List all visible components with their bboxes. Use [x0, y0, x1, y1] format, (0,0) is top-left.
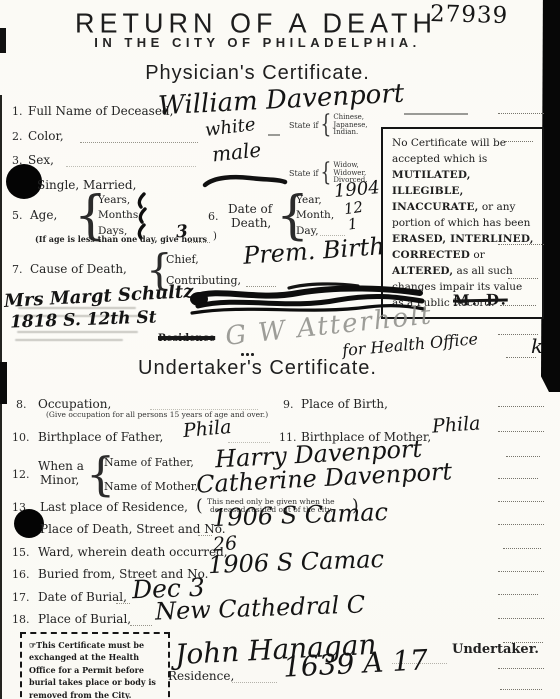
leader-dots [505, 140, 533, 142]
row17-number: 17. [12, 591, 30, 604]
row10-label: Birthplace of Father, [38, 430, 163, 444]
row13-open-paren: ( [196, 496, 203, 516]
row7-label: Cause of Death, [30, 262, 127, 276]
leader-dots [500, 688, 542, 690]
burial-place-handwriting: New Cathedral C [155, 592, 366, 623]
deceased-name-handwriting: William Davenport [157, 81, 404, 120]
md-label-struck: M. D. [453, 291, 508, 310]
row15-number: 15. [12, 546, 30, 559]
row9-label: Place of Birth, [301, 397, 388, 411]
row10-number: 10. [12, 431, 30, 444]
row16-number: 16. [12, 568, 30, 581]
row6-label-line2: Death, [231, 216, 271, 230]
exchange-notice-box: ☞This Certificate must be exchanged at t… [20, 632, 170, 699]
leader-dots [498, 617, 544, 619]
row8-label: Occupation, [38, 397, 111, 411]
row2-label: Color, [28, 129, 64, 143]
state-if-option: Indian. [333, 129, 367, 137]
death-certificate-sheet: 27939 RETURN OF A DEATH IN THE CITY OF P… [0, 0, 560, 699]
leader-dots [498, 523, 544, 525]
row2-number: 2. [12, 130, 23, 143]
cause-of-death-handwriting: Prem. Birth [242, 234, 385, 268]
row13-label: Last place of Residence, [40, 500, 188, 514]
warning-text-segment: ALTERED, [392, 265, 453, 277]
warning-text-segment: or [470, 249, 485, 261]
residence-label-struck: Residence [158, 333, 215, 344]
faint-print-artifact [15, 339, 123, 341]
hours-value-handwriting: 3 [175, 224, 188, 242]
brace-glyph: { [320, 110, 331, 140]
place-of-death-handwriting: 1906 S Camac [212, 500, 389, 530]
leader-dots [506, 455, 540, 457]
row6-label-line1: Date of [228, 202, 272, 216]
row12-number: 12. [12, 468, 30, 481]
father-birthplace-handwriting: Phila [182, 418, 232, 441]
row5-label: Age, [30, 208, 57, 222]
row8-number: 8. [16, 398, 27, 411]
name-of-father-label: Name of Father, [104, 456, 194, 469]
leader-dots [498, 667, 544, 669]
warning-text-segment: ERASED, INTERLINED, CORRECTED [392, 233, 534, 261]
death-day-label: Day, [296, 225, 319, 237]
serial-number: 27939 [430, 1, 509, 29]
leader-line [80, 141, 198, 143]
notice-text: This Certificate must be exchanged at th… [29, 640, 156, 699]
leader-dots [498, 112, 544, 114]
row1-label: Full Name of Deceased, [28, 104, 173, 118]
color-value-handwriting: white [204, 116, 256, 140]
leader-line [232, 681, 277, 683]
leader-dots [498, 500, 544, 502]
leader-dots [498, 570, 544, 572]
leader-dots [506, 356, 536, 358]
row5-number: 5. [12, 209, 23, 222]
hours-note-close-paren: ) [213, 231, 217, 242]
age-years-label: Years, [98, 194, 130, 206]
scan-artifact-left-thick-bar [0, 362, 7, 404]
warning-text-segment: MUTILATED, ILLEGIBLE, INACCURATE, [392, 169, 479, 213]
leader-dots [500, 304, 536, 306]
death-year-label: Year, [296, 194, 322, 206]
leader-line [150, 408, 258, 410]
row8-note: (Give occupation for all persons 15 year… [46, 411, 268, 420]
row18-label: Place of Burial, [38, 612, 131, 626]
sex-value-handwriting: male [211, 139, 262, 164]
leader-line [188, 241, 210, 243]
brace-glyph: { [320, 158, 331, 188]
state-if-color-note: State if { Chinese, Japanese, Indian. [289, 114, 368, 137]
undertaker-residence-label: Residence, [168, 669, 234, 683]
leader-line [116, 602, 130, 604]
death-day-handwriting: 1 [347, 216, 359, 232]
row12-label-line2: Minor, [40, 473, 79, 487]
leader-dots [508, 277, 538, 279]
leader-dots [503, 641, 543, 643]
leader-line [66, 165, 196, 167]
ruled-dash [268, 134, 280, 136]
state-if-prefix: State if [289, 169, 318, 178]
warning-text-segment: No Certificate will be accepted which is [392, 137, 506, 165]
leader-dots [498, 477, 538, 479]
row6-number: 6. [208, 210, 219, 223]
leader-dots [498, 333, 538, 335]
row7-number: 7. [12, 263, 23, 276]
leader-dots [498, 243, 544, 245]
death-month-label: Month, [296, 209, 334, 221]
leader-line [130, 624, 152, 626]
page-subtitle: IN THE CITY OF PHILADELPHIA. [75, 35, 440, 50]
undertaker-certificate-heading: Undertaker's Certificate. [135, 357, 380, 380]
row12-label-line1: When a [38, 459, 84, 473]
ink-dots-artifact [241, 353, 255, 356]
leader-dots [503, 547, 541, 549]
leader-line [198, 534, 212, 536]
leader-dots [498, 405, 544, 407]
ruled-dash [404, 113, 468, 115]
stray-pen-mark: k [531, 336, 543, 356]
leader-dots [498, 593, 538, 595]
row17-label: Date of Burial, [38, 590, 127, 604]
age-months-tick-mark [134, 207, 148, 224]
row1-number: 1. [12, 105, 23, 118]
leader-dots [498, 430, 544, 432]
row9-number: 9. [283, 398, 294, 411]
name-of-mother-label: Name of Mother, [104, 480, 198, 493]
row18-number: 18. [12, 613, 30, 626]
state-if-prefix: State if [289, 121, 318, 130]
informant-address-handwriting: 1818 S. 12th St [10, 309, 157, 331]
row15-label: Ward, wherein death occurred, [38, 545, 228, 559]
buried-from-handwriting: 1906 S Camac [208, 547, 385, 577]
mother-birthplace-handwriting: Phila [431, 414, 481, 436]
undertaker-label: Undertaker. [452, 642, 539, 657]
cause-chief-label: Chief, [166, 253, 199, 266]
undertaker-residence-handwriting: 1639 A 17 [282, 646, 428, 682]
scan-artifact-left-notch [0, 28, 6, 53]
